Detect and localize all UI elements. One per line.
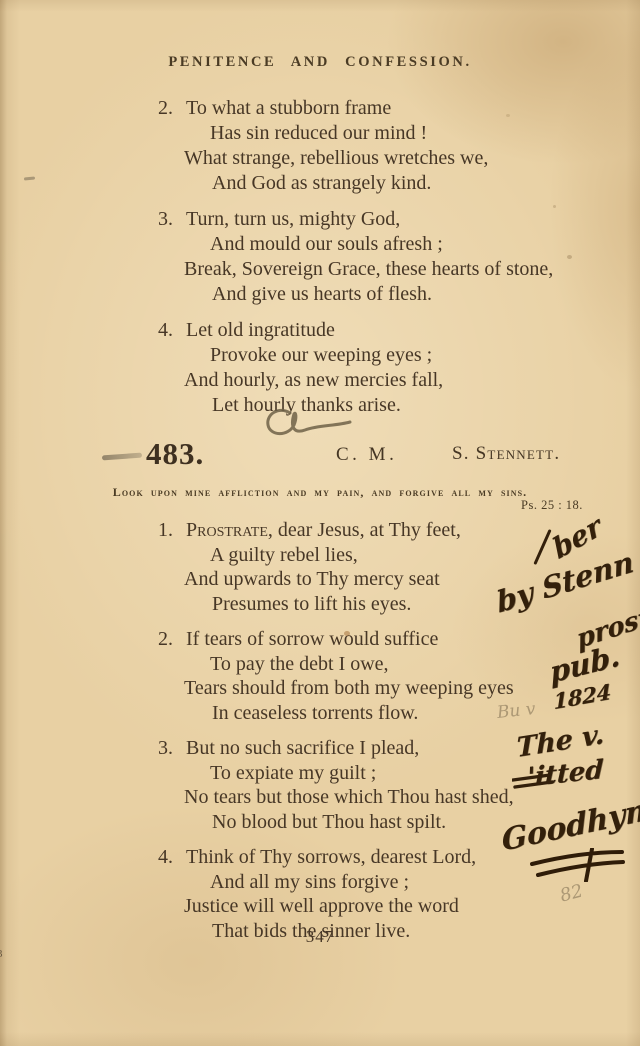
pencil-note: 82 xyxy=(558,880,586,906)
verse-number: 1. xyxy=(158,519,173,541)
verse-line: Tears should from both my weeping eyes xyxy=(184,676,514,701)
ink-double-dash xyxy=(512,772,554,790)
verse-line: 2.To what a stubborn frame xyxy=(158,96,488,121)
hymn-meter: C. M. xyxy=(336,444,397,466)
verse-line: Break, Sovereign Grace, these hearts of … xyxy=(184,257,553,282)
book-page-scan: PENITENCE AND CONFESSION. 2.To what a st… xyxy=(0,0,640,1046)
verse-line: And God as strangely kind. xyxy=(212,171,488,196)
paper-speck xyxy=(567,255,572,259)
verse-line: A guilty rebel lies, xyxy=(210,543,461,568)
verse: 2.To what a stubborn frameHas sin reduce… xyxy=(158,96,488,196)
page-number: 347 xyxy=(0,927,640,947)
verse-line: And all my sins forgive ; xyxy=(210,870,476,895)
verse-line: To pay the debt I owe, xyxy=(210,652,514,677)
verse-line: Justice will well approve the word xyxy=(184,894,476,919)
verse-line: No tears but those which Thou hast shed, xyxy=(184,785,514,810)
paper-speck xyxy=(553,205,556,208)
paper-speck xyxy=(344,631,350,636)
ink-underline-flourish xyxy=(530,848,625,882)
verse-line: And mould our souls afresh ; xyxy=(210,232,553,257)
hymn-number: 483. xyxy=(146,436,204,472)
verse-line: 4.Think of Thy sorrows, dearest Lord, xyxy=(158,845,476,870)
verse-number: 2. xyxy=(158,628,173,650)
verse-line: Has sin reduced our mind ! xyxy=(210,121,488,146)
verse-line: To expiate my guilt ; xyxy=(210,761,514,786)
verse-line: 1.Prostrate, dear Jesus, at Thy feet, xyxy=(158,518,461,543)
verse-lead-word: Prostrate xyxy=(186,519,268,541)
running-header: PENITENCE AND CONFESSION. xyxy=(0,54,640,71)
handwritten-dash xyxy=(102,453,142,461)
handwritten-a-mark xyxy=(260,399,356,443)
edge-fragment-mark: 3 xyxy=(0,948,3,960)
verse: 3.Turn, turn us, mighty God,And mould ou… xyxy=(158,207,553,307)
ink-upstroke xyxy=(533,529,551,565)
verse-line: Presumes to lift his eyes. xyxy=(212,592,461,617)
verse-number: 4. xyxy=(158,319,173,341)
verse-line: In ceaseless torrents flow. xyxy=(212,701,514,726)
verse-line: Provoke our weeping eyes ; xyxy=(210,343,443,368)
paper-speck xyxy=(506,114,510,117)
verse-line: 3.But no such sacrifice I plead, xyxy=(158,736,514,761)
scripture-reference: Ps. 25 : 18. xyxy=(521,498,583,513)
pencil-note: Bu v xyxy=(496,699,536,723)
hymn-author: S. Stennett. xyxy=(452,443,560,465)
verse-number: 4. xyxy=(158,846,173,868)
verse: 1.Prostrate, dear Jesus, at Thy feet,A g… xyxy=(158,518,461,616)
verse-number: 3. xyxy=(158,208,173,230)
verse: 3.But no such sacrifice I plead,To expia… xyxy=(158,736,514,834)
verse-line: And give us hearts of flesh. xyxy=(212,282,553,307)
verse-line: And upwards to Thy mercy seat xyxy=(184,567,461,592)
verse-line: No blood but Thou hast spilt. xyxy=(212,810,514,835)
verse-line: 2.If tears of sorrow would suffice xyxy=(158,627,514,652)
verse-number: 2. xyxy=(158,97,173,119)
verse-line: 3.Turn, turn us, mighty God, xyxy=(158,207,553,232)
pencil-margin-dash xyxy=(24,176,35,180)
verse-line: And hourly, as new mercies fall, xyxy=(184,368,443,393)
verse-line: What strange, rebellious wretches we, xyxy=(184,146,488,171)
verse-line: 4.Let old ingratitude xyxy=(158,318,443,343)
verse-number: 3. xyxy=(158,737,173,759)
verse: 2.If tears of sorrow would sufficeTo pay… xyxy=(158,627,514,725)
